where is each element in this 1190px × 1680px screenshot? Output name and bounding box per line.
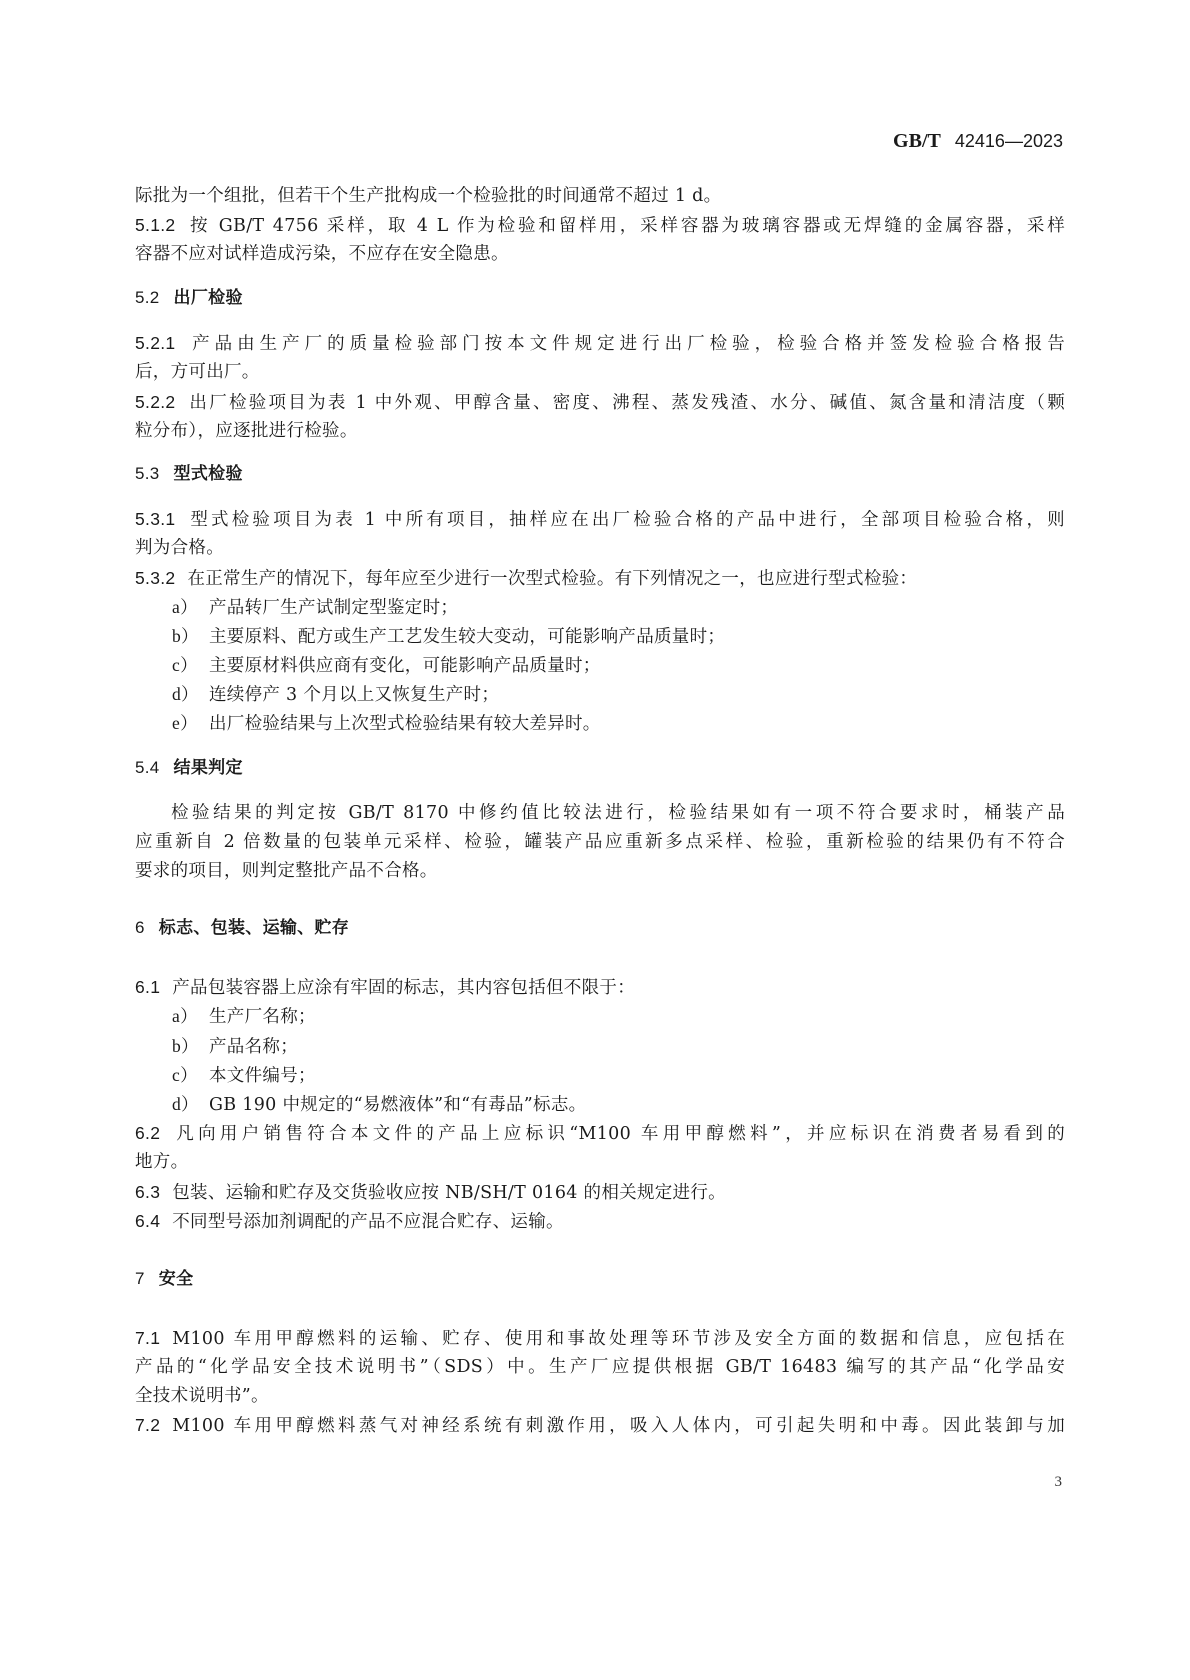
clause-5-2-1: 5.2.1产品由生产厂的质量检验部门按本文件规定进行出厂检验，检验合格并签发检验… <box>135 333 1065 354</box>
list-marker: c） <box>172 655 209 675</box>
text-line: 后，方可出厂。 <box>135 362 1065 382</box>
clause-text: M100 车用甲醇燃料的运输、贮存、使用和事故处理等环节涉及安全方面的数据和信息… <box>172 1329 1065 1349</box>
list-marker: e） <box>172 713 209 733</box>
heading-title: 标志、包装、运输、贮存 <box>159 918 349 938</box>
list-marker: a） <box>172 1006 209 1026</box>
paragraph-line: 检验结果的判定按 GB/T 8170 中修约值比较法进行，检验结果如有一项不符合… <box>135 803 1065 823</box>
list-marker: d） <box>172 1094 209 1114</box>
heading-title: 安全 <box>159 1269 194 1289</box>
clause-text: 产品由生产厂的质量检验部门按本文件规定进行出厂检验，检验合格并签发检验合格报告 <box>187 334 1065 354</box>
clause-number: 5.3.1 <box>135 509 175 529</box>
list-item: b）主要原料、配方或生产工艺发生较大变动，可能影响产品质量时； <box>172 626 1052 647</box>
text-line: 产品的“化学品安全技术说明书”（SDS）中。生产厂应提供根据 GB/T 1648… <box>135 1357 1065 1377</box>
paragraph-line: 应重新自 2 倍数量的包装单元采样、检验，罐装产品应重新多点采样、检验，重新检验… <box>135 832 1065 852</box>
list-marker: b） <box>172 626 209 646</box>
chapter-heading-7: 7安全 <box>135 1269 1065 1289</box>
clause-text: 包装、运输和贮存及交货验收应按 NB/SH/T 0164 的相关规定进行。 <box>172 1183 726 1203</box>
standard-code: GB/T <box>893 130 941 152</box>
clause-number: 7.2 <box>135 1415 160 1435</box>
list-item: c）本文件编号； <box>172 1065 1052 1086</box>
clause-7-2: 7.2M100 车用甲醇燃料蒸气对神经系统有刺激作用，吸入人体内，可引起失明和中… <box>135 1415 1065 1436</box>
clause-number: 6.1 <box>135 977 160 997</box>
list-marker: c） <box>172 1065 209 1085</box>
clause-number: 6.3 <box>135 1182 160 1202</box>
chapter-heading-6: 6标志、包装、运输、贮存 <box>135 918 1065 938</box>
text-line: 判为合格。 <box>135 538 1065 558</box>
document-page: GB/T 42416—2023 际批为一个组批，但若干个生产批构成一个检验批的时… <box>0 0 1190 1680</box>
clause-number: 5.3.2 <box>135 568 175 588</box>
text-line: 粒分布），应逐批进行检验。 <box>135 421 1065 441</box>
page-number: 3 <box>1055 1474 1063 1491</box>
list-item: b）产品名称； <box>172 1036 1052 1057</box>
clause-5-3-1: 5.3.1型式检验项目为表 1 中所有项目，抽样应在出厂检验合格的产品中进行，全… <box>135 509 1065 530</box>
list-text: 主要原料、配方或生产工艺发生较大变动，可能影响产品质量时； <box>209 627 725 647</box>
clause-6-1: 6.1产品包装容器上应涂有牢固的标志，其内容包括但不限于： <box>135 977 1065 998</box>
list-text: 产品名称； <box>209 1037 298 1057</box>
list-item: e）出厂检验结果与上次型式检验结果有较大差异时。 <box>172 713 1052 734</box>
text-line: 地方。 <box>135 1152 1065 1172</box>
list-text: 本文件编号； <box>209 1066 316 1086</box>
heading-title: 结果判定 <box>174 758 243 778</box>
text-line: 全技术说明书”。 <box>135 1386 1065 1406</box>
list-text: 连续停产 3 个月以上又恢复生产时； <box>209 685 499 705</box>
list-item: d）连续停产 3 个月以上又恢复生产时； <box>172 684 1052 705</box>
clause-text: 出厂检验项目为表 1 中外观、甲醇含量、密度、沸程、蒸发残渣、水分、碱值、氮含量… <box>187 393 1065 413</box>
heading-number: 6 <box>135 918 145 938</box>
list-marker: b） <box>172 1036 209 1056</box>
heading-number: 7 <box>135 1269 145 1289</box>
heading-number: 5.2 <box>135 288 160 308</box>
clause-text: M100 车用甲醇燃料蒸气对神经系统有刺激作用，吸入人体内，可引起失明和中毒。因… <box>172 1416 1065 1436</box>
heading-number: 5.4 <box>135 758 160 778</box>
clause-text: 凡向用户销售符合本文件的产品上应标识“M100 车用甲醇燃料”，并应标识在消费者… <box>172 1124 1065 1144</box>
section-heading-5-4: 5.4结果判定 <box>135 758 1065 778</box>
list-text: 出厂检验结果与上次型式检验结果有较大差异时。 <box>209 714 601 734</box>
section-heading-5-3: 5.3型式检验 <box>135 464 1065 484</box>
list-marker: a） <box>172 597 209 617</box>
clause-number: 6.2 <box>135 1123 160 1143</box>
clause-number: 6.4 <box>135 1211 160 1231</box>
list-item: c）主要原材料供应商有变化，可能影响产品质量时； <box>172 655 1052 676</box>
heading-number: 5.3 <box>135 464 160 484</box>
clause-number: 5.1.2 <box>135 215 175 235</box>
clause-number: 5.2.1 <box>135 333 175 353</box>
clause-7-1: 7.1M100 车用甲醇燃料的运输、贮存、使用和事故处理等环节涉及安全方面的数据… <box>135 1328 1065 1349</box>
list-item: d）GB 190 中规定的“易燃液体”和“有毒品”标志。 <box>172 1094 1052 1115</box>
clause-text: 产品包装容器上应涂有牢固的标志，其内容包括但不限于： <box>172 978 635 998</box>
section-heading-5-2: 5.2出厂检验 <box>135 288 1065 308</box>
clause-5-1-2: 5.1.2按 GB/T 4756 采样，取 4 L 作为检验和留样用，采样容器为… <box>135 215 1065 236</box>
text-line: 容器不应对试样造成污染，不应存在安全隐患。 <box>135 244 1065 264</box>
clause-5-3-2: 5.3.2在正常生产的情况下，每年应至少进行一次型式检验。有下列情况之一，也应进… <box>135 568 1065 589</box>
clause-6-2: 6.2凡向用户销售符合本文件的产品上应标识“M100 车用甲醇燃料”，并应标识在… <box>135 1123 1065 1144</box>
list-text: 产品转厂生产试制定型鉴定时； <box>209 598 458 618</box>
list-text: 主要原材料供应商有变化，可能影响产品质量时； <box>209 656 601 676</box>
heading-title: 出厂检验 <box>174 288 243 308</box>
clause-6-3: 6.3包装、运输和贮存及交货验收应按 NB/SH/T 0164 的相关规定进行。 <box>135 1182 1065 1203</box>
clause-number: 7.1 <box>135 1328 160 1348</box>
paragraph-line: 要求的项目，则判定整批产品不合格。 <box>135 861 1065 881</box>
standard-number: 42416—2023 <box>955 131 1063 151</box>
clause-text: 不同型号添加剂调配的产品不应混合贮存、运输。 <box>172 1212 564 1232</box>
list-item: a）产品转厂生产试制定型鉴定时； <box>172 597 1052 618</box>
clause-number: 5.2.2 <box>135 392 175 412</box>
clause-text: 型式检验项目为表 1 中所有项目，抽样应在出厂检验合格的产品中进行，全部项目检验… <box>187 510 1065 530</box>
text-line: 际批为一个组批，但若干个生产批构成一个检验批的时间通常不超过 1 d。 <box>135 186 1065 206</box>
list-text: GB 190 中规定的“易燃液体”和“有毒品”标志。 <box>209 1095 586 1115</box>
clause-5-2-2: 5.2.2出厂检验项目为表 1 中外观、甲醇含量、密度、沸程、蒸发残渣、水分、碱… <box>135 392 1065 413</box>
clause-text: 按 GB/T 4756 采样，取 4 L 作为检验和留样用，采样容器为玻璃容器或… <box>187 216 1065 236</box>
clause-text: 在正常生产的情况下，每年应至少进行一次型式检验。有下列情况之一，也应进行型式检验… <box>187 569 917 589</box>
list-marker: d） <box>172 684 209 704</box>
list-item: a）生产厂名称； <box>172 1006 1052 1027</box>
page-header: GB/T 42416—2023 <box>893 130 1063 153</box>
clause-6-4: 6.4不同型号添加剂调配的产品不应混合贮存、运输。 <box>135 1211 1065 1232</box>
list-text: 生产厂名称； <box>209 1007 316 1027</box>
heading-title: 型式检验 <box>174 464 243 484</box>
